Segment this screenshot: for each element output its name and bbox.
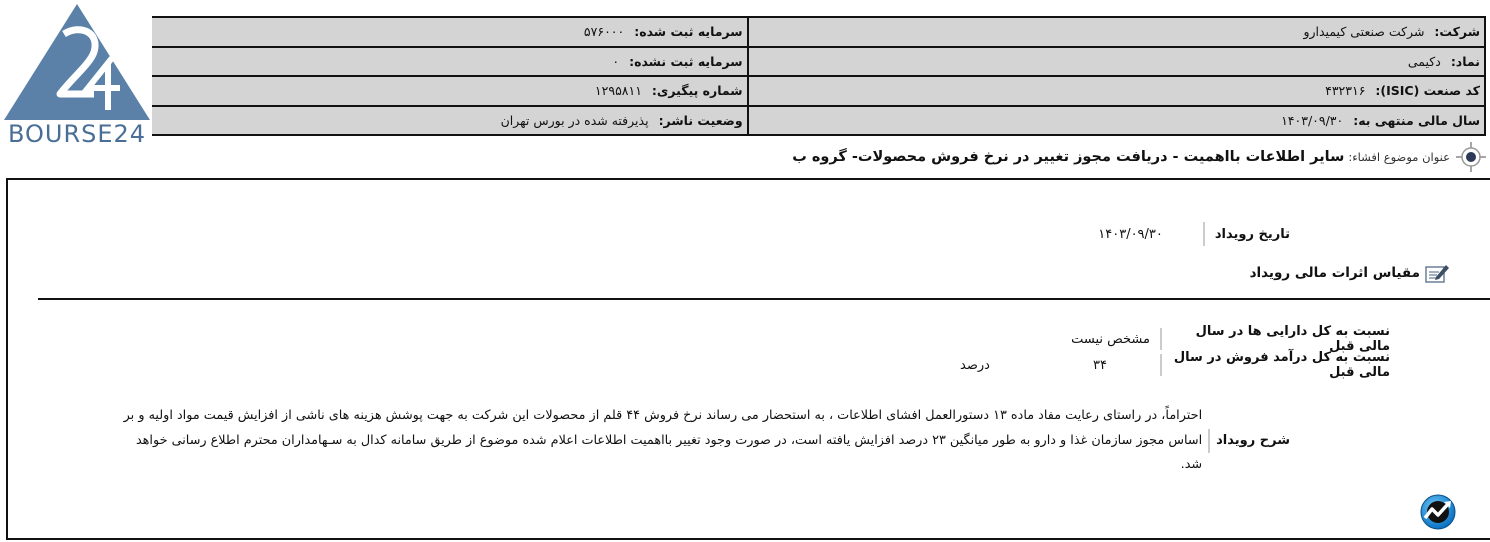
publisher-status-label: وضعیت ناشر:	[659, 113, 743, 128]
symbol-cell: نماد: دکیمی	[748, 47, 1485, 77]
event-date-label: تاریخ رویداد	[1215, 227, 1290, 242]
fiscal-year-label: سال مالی منتهی به:	[1353, 113, 1480, 128]
fiscal-year-cell: سال مالی منتهی به: ۱۴۰۳/۰۹/۳۰	[748, 106, 1485, 136]
publisher-status-value: پذیرفته شده در بورس تهران	[501, 113, 649, 128]
isic-value: ۴۳۲۳۱۶	[1325, 83, 1365, 98]
company-value: شرکت صنعتی کیمیدارو	[1303, 24, 1424, 39]
financial-impact-title: مقیاس اثرات مالی رویداد	[1250, 265, 1420, 281]
ratio-label: نسبت به کل درآمد فروش در سال مالی قبل	[1170, 350, 1390, 380]
subject-title: سایر اطلاعات بااهمیت - دریافت مجوز تغییر…	[792, 149, 1344, 165]
separator	[1160, 354, 1162, 376]
unregistered-capital-value: ۰	[612, 54, 619, 69]
company-cell: شرکت: شرکت صنعتی کیمیدارو	[748, 17, 1485, 47]
company-info-table: شرکت: شرکت صنعتی کیمیدارو سرمایه ثبت شده…	[152, 16, 1486, 136]
logo-triangle-icon	[2, 2, 152, 122]
info-row: سال مالی منتهی به: ۱۴۰۳/۰۹/۳۰ وضعیت ناشر…	[152, 106, 1485, 136]
info-row: نماد: دکیمی سرمایه ثبت نشده: ۰	[152, 47, 1485, 77]
description-label: شرح رویداد	[1216, 433, 1290, 448]
section-divider	[38, 298, 1490, 300]
edit-note-icon	[1424, 262, 1450, 284]
info-row: کد صنعت (ISIC): ۴۳۲۳۱۶ شماره پیگیری: ۱۲۹…	[152, 76, 1485, 106]
ratio-unit: درصد	[960, 358, 1050, 373]
separator	[1160, 328, 1162, 350]
subject-label: عنوان موضوع افشاء:	[1348, 150, 1450, 164]
separator	[1208, 429, 1210, 453]
tracking-number-value: ۱۲۹۵۸۱۱	[595, 83, 642, 98]
symbol-label: نماد:	[1451, 54, 1480, 69]
logo-text: BOURSE24	[2, 120, 152, 148]
tracking-number-label: شماره پیگیری:	[652, 83, 743, 98]
disclosure-subject: عنوان موضوع افشاء: سایر اطلاعات بااهمیت …	[792, 142, 1486, 172]
ratio-value: مشخص نیست	[1050, 332, 1150, 347]
trend-chart-icon[interactable]	[1420, 494, 1456, 530]
isic-cell: کد صنعت (ISIC): ۴۳۲۳۱۶	[748, 76, 1485, 106]
registered-capital-value: ۵۷۶۰۰۰	[584, 24, 624, 39]
unregistered-capital-cell: سرمایه ثبت نشده: ۰	[152, 47, 748, 77]
bourse24-logo: BOURSE24	[2, 2, 152, 150]
tracking-number-cell: شماره پیگیری: ۱۲۹۵۸۱۱	[152, 76, 748, 106]
description-text: احتراماً، در راستای رعایت مفاد ماده ۱۳ د…	[122, 404, 1202, 478]
event-details-panel: تاریخ رویداد ۱۴۰۳/۰۹/۳۰ مقیاس اثرات مالی…	[6, 178, 1490, 540]
company-label: شرکت:	[1434, 24, 1480, 39]
ratio-row-revenue: نسبت به کل درآمد فروش در سال مالی قبل ۳۴…	[960, 354, 1390, 376]
publisher-status-cell: وضعیت ناشر: پذیرفته شده در بورس تهران	[152, 106, 748, 136]
separator	[1203, 222, 1205, 246]
ratio-row-assets: نسبت به کل دارایی ها در سال مالی قبل مشخ…	[960, 328, 1390, 350]
isic-label: کد صنعت (ISIC):	[1375, 83, 1480, 98]
event-date-row: تاریخ رویداد ۱۴۰۳/۰۹/۳۰	[1098, 222, 1290, 246]
event-date-value: ۱۴۰۳/۰۹/۳۰	[1098, 227, 1163, 242]
registered-capital-label: سرمایه ثبت شده:	[634, 24, 742, 39]
info-row: شرکت: شرکت صنعتی کیمیدارو سرمایه ثبت شده…	[152, 17, 1485, 47]
ratio-value: ۳۴	[1050, 358, 1150, 373]
event-description-row: شرح رویداد احتراماً، در راستای رعایت مفا…	[122, 404, 1290, 478]
registered-capital-cell: سرمایه ثبت شده: ۵۷۶۰۰۰	[152, 17, 748, 47]
financial-impact-heading: مقیاس اثرات مالی رویداد	[1250, 262, 1450, 284]
symbol-value: دکیمی	[1408, 54, 1441, 69]
fiscal-year-value: ۱۴۰۳/۰۹/۳۰	[1281, 113, 1343, 128]
unregistered-capital-label: سرمایه ثبت نشده:	[629, 54, 743, 69]
target-icon	[1456, 142, 1486, 172]
